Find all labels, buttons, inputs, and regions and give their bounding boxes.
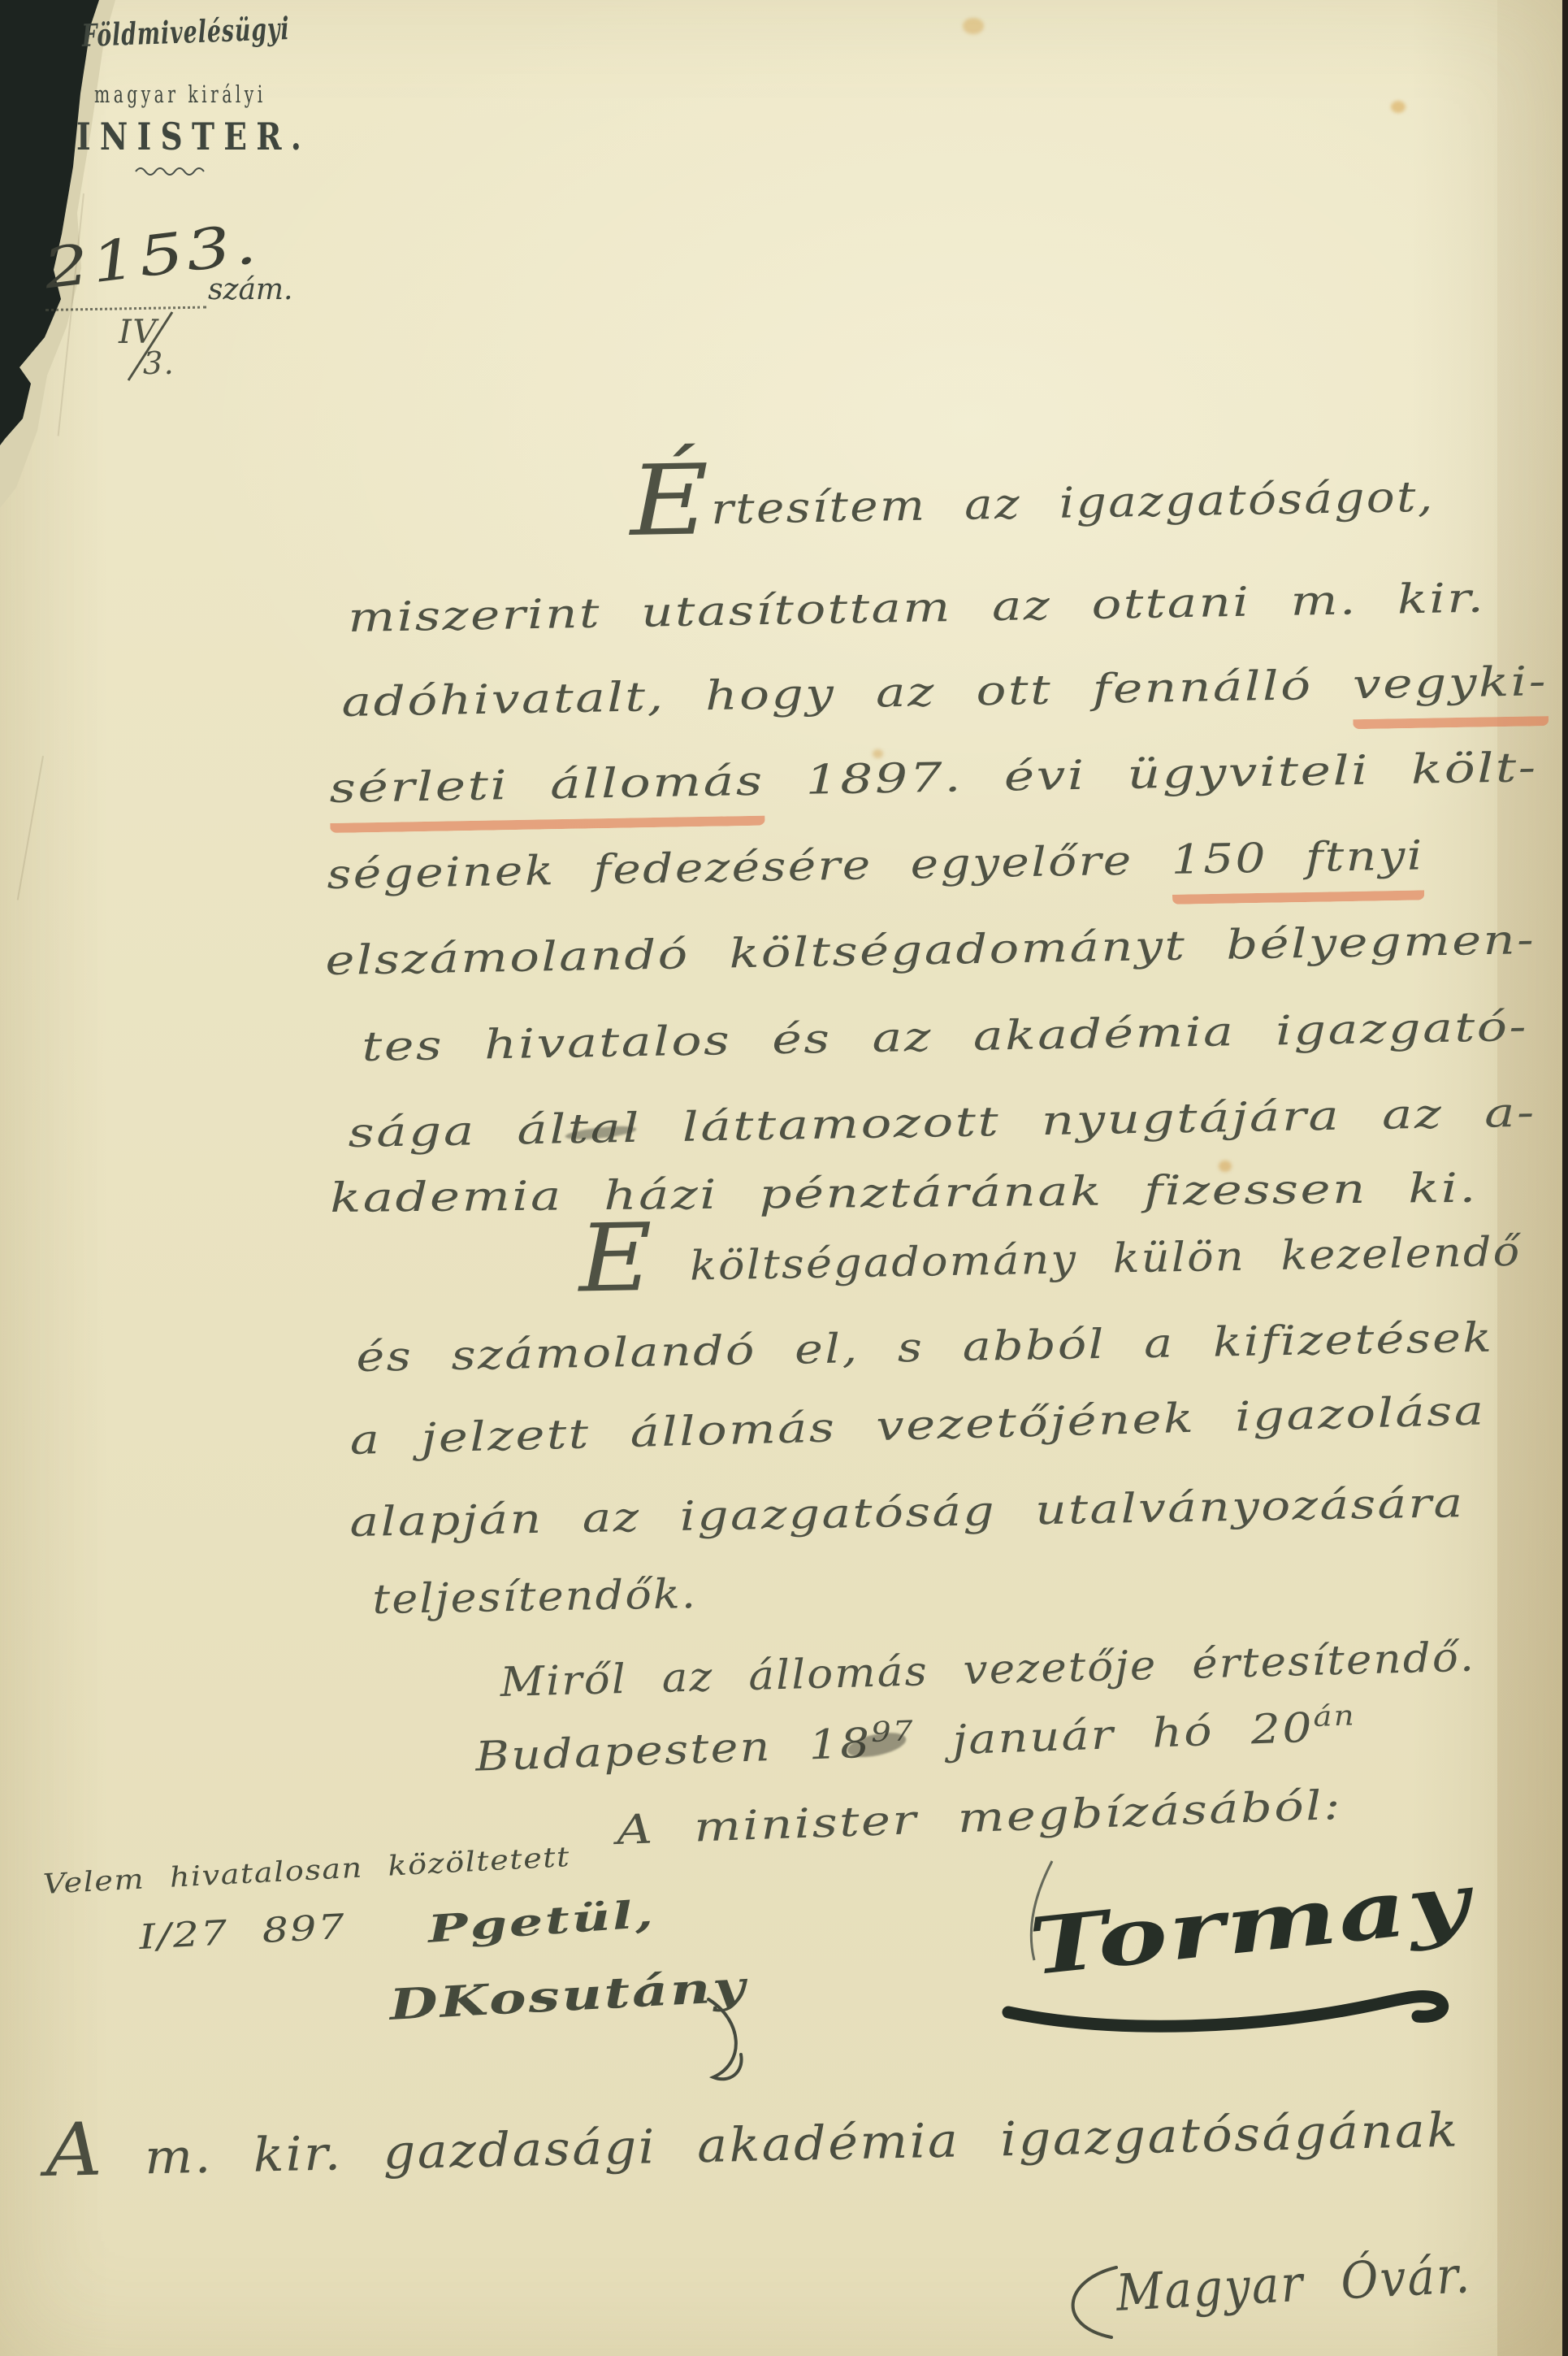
- handwriting-text: Miről az állomás vezetője értesítendő.: [500, 1634, 1476, 1706]
- handwriting-line: alapján az igazgatóság utalványozására: [349, 1480, 1465, 1546]
- addressee-place: Magyar Óvár.: [1115, 2245, 1473, 2322]
- letterhead-minister: INISTER.: [76, 115, 310, 158]
- handwriting-text: Budapesten 18: [474, 1720, 872, 1781]
- handwriting-line: Értesítem az igazgatóságot,: [630, 474, 1435, 536]
- handwriting-text: miszerint utasítottam az ottani m. kir.: [348, 575, 1486, 641]
- handwriting-text: teljesítendők.: [372, 1570, 698, 1623]
- handwriting-text: alapján az igazgatóság utalványozására: [349, 1479, 1465, 1546]
- handwriting-line: sága által láttamozott nyugtájára az a-: [348, 1089, 1536, 1156]
- handwriting-line: adóhivatalt, hogy az ott fennálló vegyki…: [341, 658, 1548, 726]
- handwriting-line: ségeinek fedezésére egyelőre 150 ftnyi: [327, 832, 1424, 898]
- handwriting-text: kademia házi pénztárának fizessen ki.: [330, 1165, 1478, 1221]
- addressee-line: A m. kir. gazdasági akadémia igazgatóság…: [45, 2080, 1460, 2194]
- handwriting-line: tes hivatalos és az akadémia igazgató-: [362, 1004, 1528, 1071]
- handwriting-text: sága által láttamozott nyugtájára az a-: [348, 1088, 1536, 1156]
- pen-flourish: [700, 1993, 757, 2090]
- handwriting-text: án: [1313, 1699, 1357, 1733]
- red-underlined-text: sérleti állomás: [329, 757, 765, 833]
- red-underlined-text: vegyki-: [1353, 657, 1549, 729]
- handwriting-text: E: [578, 1204, 655, 1314]
- handwriting-text: É: [629, 444, 712, 558]
- handwriting-line: Miről az állomás vezetője értesítendő.: [500, 1634, 1476, 1707]
- handwriting-line: a jelzett állomás vezetőjének igazolása: [349, 1387, 1486, 1464]
- countersignature-2: DKosutány: [388, 1963, 748, 2030]
- handwriting-text: a jelzett állomás vezetőjének igazolása: [349, 1386, 1486, 1464]
- handwriting-text: január hó 20: [914, 1704, 1314, 1765]
- handwriting-text: A minister megbízásából:: [616, 1781, 1343, 1854]
- handwriting-line: A minister megbízásából:: [616, 1782, 1343, 1855]
- reference-number-label: szám.: [208, 273, 292, 306]
- letterhead-ministry: Földmivelésügyi: [81, 11, 290, 54]
- handwriting-line: miszerint utasítottam az ottani m. kir.: [348, 575, 1486, 642]
- handwriting-line: teljesítendők.: [372, 1571, 698, 1623]
- margin-note-line: Velem hivatalosan közöltetett: [42, 1842, 571, 1901]
- wavy-underline-icon: [134, 165, 215, 176]
- scan-right-shading: [1497, 0, 1562, 2356]
- document-page: Földmivelésügyi magyar királyi INISTER. …: [0, 0, 1568, 2356]
- handwriting-text: költségadomány külön kezelendő: [654, 1228, 1522, 1291]
- reference-subnumber-bottom: 3.: [143, 346, 175, 382]
- margin-note-date: I/27 897: [138, 1907, 347, 1958]
- countersignature-1: Pgetül,: [427, 1892, 656, 1950]
- handwriting-line: kademia házi pénztárának fizessen ki.: [330, 1165, 1478, 1222]
- handwriting-line: E költségadomány külön kezelendő: [578, 1229, 1522, 1292]
- handwriting-line: elszámolandó költségadományt bélyegmen-: [325, 917, 1536, 984]
- paper-crease: [17, 756, 44, 900]
- letterhead-magyar-kiralyi: magyar királyi: [94, 80, 266, 108]
- handwriting-text: és számolandó el, s abból a kifizetések: [356, 1314, 1494, 1381]
- handwriting-line: sérleti állomás 1897. évi ügyviteli költ…: [329, 744, 1538, 812]
- handwriting-line: és számolandó el, s abból a kifizetések: [356, 1315, 1494, 1382]
- paper-stain: [963, 18, 984, 34]
- red-underlined-text: 150 ftnyi: [1171, 831, 1425, 904]
- paper-stain: [1391, 101, 1406, 113]
- handwriting-text: ségeinek fedezésére egyelőre: [327, 836, 1172, 898]
- handwriting-text: adóhivatalt, hogy az ott fennálló: [341, 661, 1354, 726]
- handwriting-line: Budapesten 1897 január hó 20án: [474, 1700, 1357, 1781]
- scan-right-edge: [1562, 0, 1568, 2356]
- handwriting-text: rtesítem az igazgatóságot,: [711, 473, 1435, 535]
- handwriting-text: tes hivatalos és az akadémia igazgató-: [362, 1003, 1528, 1070]
- signature-underline-flourish: [995, 1853, 1483, 2040]
- handwriting-text: elszámolandó költségadományt bélyegmen-: [325, 916, 1536, 984]
